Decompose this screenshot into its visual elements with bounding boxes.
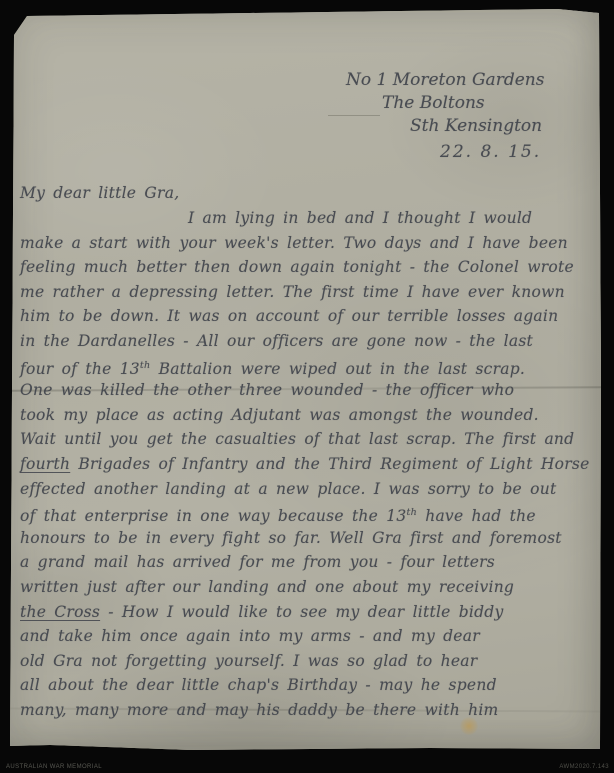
- letter-text-segment: took my place as acting Adjutant was amo…: [20, 406, 539, 424]
- letter-text-segment: written just after our landing and one a…: [20, 578, 514, 596]
- letter-text-segment: Brigades of Infantry and the Third Regim…: [70, 455, 589, 473]
- letter-line: One was killed the other three wounded -…: [20, 378, 595, 403]
- letter-line: took my place as acting Adjutant was amo…: [20, 403, 595, 428]
- letter-paper: No 1 Moreton Gardens The Boltons Sth Ken…: [10, 9, 601, 750]
- letter-line: the Cross - How I would like to see my d…: [20, 600, 595, 625]
- address-line: No 1 Moreton Gardens: [346, 69, 590, 92]
- letter-line: many, many more and may his daddy be the…: [20, 698, 595, 723]
- letter-line: four of the 13th Battalion were wiped ou…: [20, 354, 595, 379]
- letter-text-segment: all about the dear little chap's Birthda…: [20, 676, 497, 694]
- letter-text-segment: th: [140, 360, 151, 371]
- archive-reference-number: AWM2020.7.143: [559, 764, 609, 770]
- letter-text-segment: One was killed the other three wounded -…: [20, 381, 514, 399]
- letter-line: effected another landing at a new place.…: [20, 477, 595, 502]
- letter-text-segment: Wait until you get the casualties of tha…: [20, 430, 574, 448]
- letter-line: me rather a depressing letter. The first…: [20, 280, 595, 305]
- letter-text-segment: in the Dardanelles - All our officers ar…: [20, 332, 533, 350]
- letter-text-segment: four of the 13: [20, 360, 140, 378]
- letter-text-segment: make a start with your week's letter. Tw…: [20, 234, 568, 252]
- letter-text-segment: and take him once again into my arms - a…: [20, 627, 480, 645]
- letter-text-segment: - How I would like to see my dear little…: [100, 603, 503, 621]
- letter-text-segment: him to be down. It was on account of our…: [20, 307, 558, 325]
- letter-line: written just after our landing and one a…: [20, 575, 595, 600]
- address-line: Sth Kensington: [410, 115, 590, 138]
- archive-watermark-left: AUSTRALIAN WAR MEMORIAL: [6, 764, 102, 770]
- letter-line: make a start with your week's letter. Tw…: [20, 231, 595, 256]
- letter-line: and take him once again into my arms - a…: [20, 624, 595, 649]
- letter-text-segment: me rather a depressing letter. The first…: [20, 283, 565, 301]
- letter-text-segment: feeling much better then down again toni…: [20, 258, 574, 276]
- letter-date: 22. 8. 15.: [440, 141, 590, 164]
- letter-body: My dear little Gra, I am lying in bed an…: [20, 181, 595, 722]
- letter-text-segment: the Cross: [20, 603, 100, 621]
- letter-text-segment: I am lying in bed and I thought I would: [188, 209, 532, 227]
- letter-line: honours to be in every fight so far. Wel…: [20, 526, 595, 551]
- letter-line: of that enterprise in one way because th…: [20, 501, 595, 526]
- letter-text-segment: fourth: [20, 455, 70, 473]
- letter-line: old Gra not forgetting yourself. I was s…: [20, 649, 595, 674]
- letter-line: I am lying in bed and I thought I would: [20, 206, 595, 231]
- letter-text-segment: honours to be in every fight so far. Wel…: [20, 529, 562, 547]
- letter-line: him to be down. It was on account of our…: [20, 304, 595, 329]
- letter-line: feeling much better then down again toni…: [20, 255, 595, 280]
- letter-text-segment: have had the: [417, 507, 536, 525]
- photo-background: No 1 Moreton Gardens The Boltons Sth Ken…: [0, 0, 614, 773]
- letter-text-segment: many, many more and may his daddy be the…: [20, 701, 499, 719]
- letter-line: Wait until you get the casualties of tha…: [20, 427, 595, 452]
- letter-line: fourth Brigades of Infantry and the Thir…: [20, 452, 595, 477]
- letter-text-segment: th: [406, 507, 417, 518]
- letter-text-segment: a grand mail has arrived for me from you…: [20, 553, 495, 571]
- letter-line: in the Dardanelles - All our officers ar…: [20, 329, 595, 354]
- letter-line: a grand mail has arrived for me from you…: [20, 550, 595, 575]
- letter-text-segment: of that enterprise in one way because th…: [20, 507, 406, 525]
- letter-text-segment: effected another landing at a new place.…: [20, 480, 556, 498]
- letter-text-segment: old Gra not forgetting yourself. I was s…: [20, 652, 477, 670]
- letter-line: all about the dear little chap's Birthda…: [20, 673, 595, 698]
- letter-text-segment: Battalion were wiped out in the last scr…: [150, 360, 525, 378]
- address-line: The Boltons: [382, 92, 590, 115]
- salutation: My dear little Gra,: [20, 181, 595, 206]
- address-block: No 1 Moreton Gardens The Boltons Sth Ken…: [340, 69, 590, 164]
